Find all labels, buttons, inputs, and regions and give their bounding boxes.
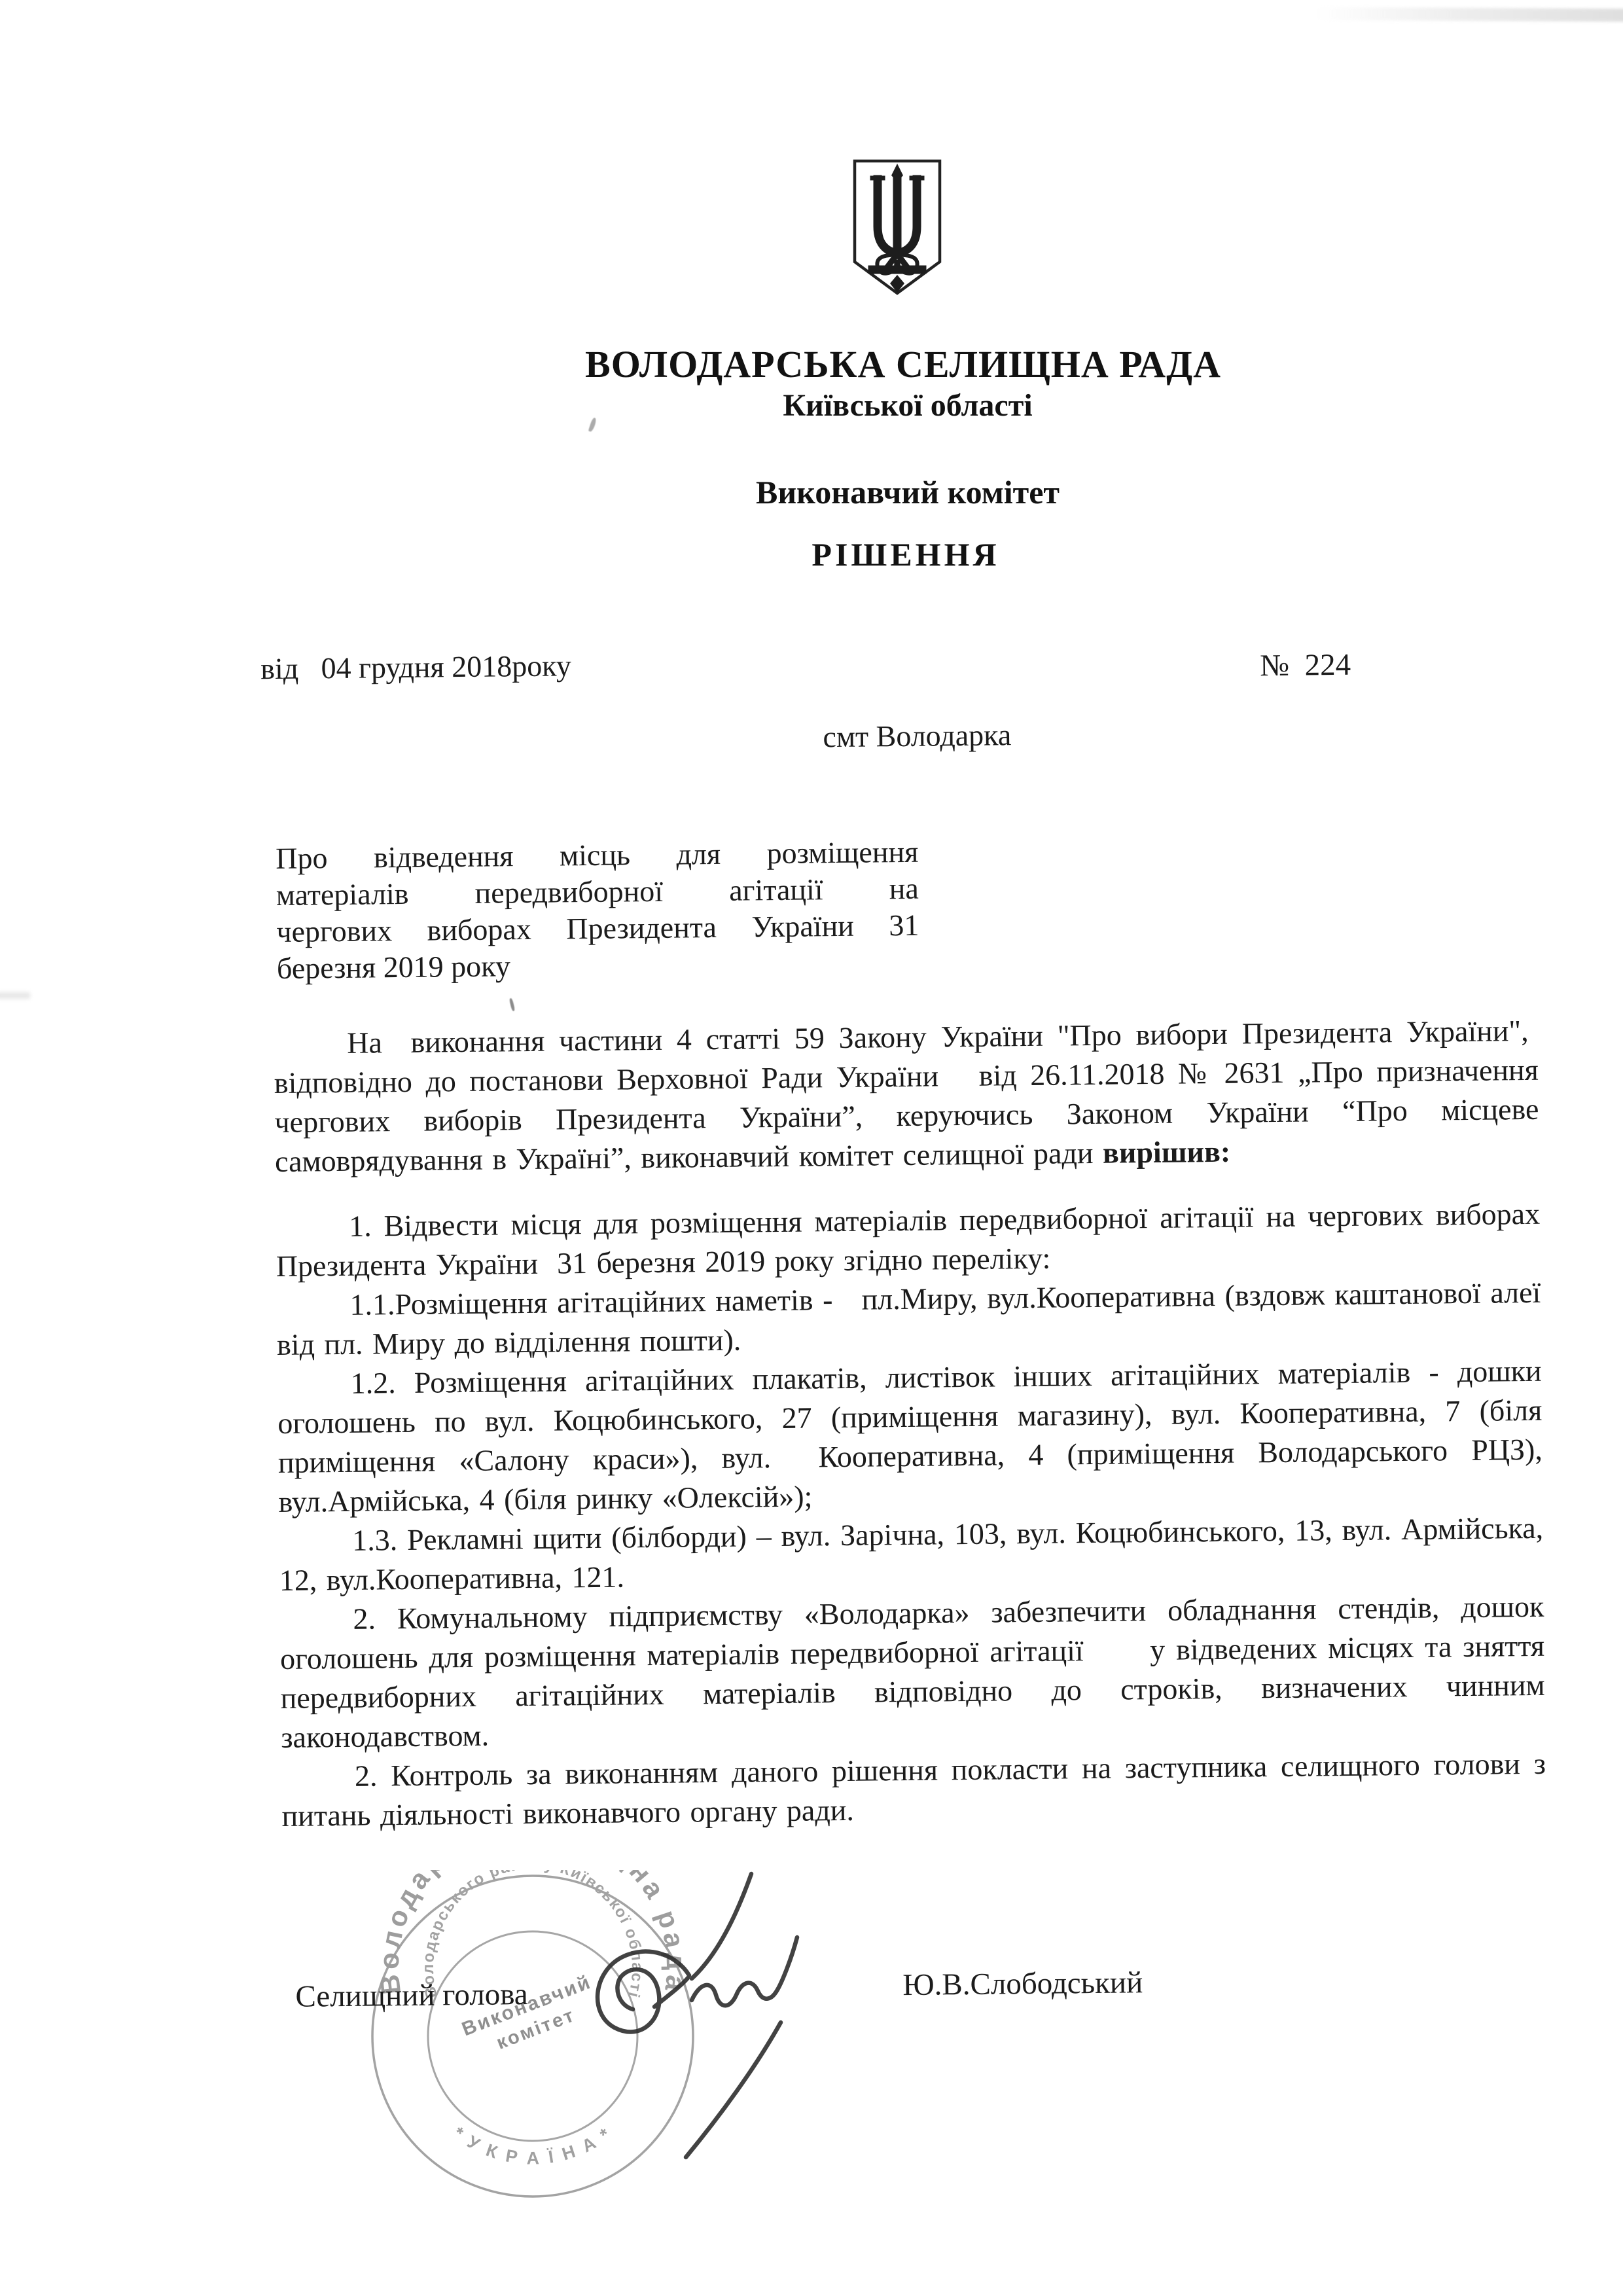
decree-intro-resolved: вирішив: (1103, 1135, 1231, 1170)
subject-line: матеріалів передвиборної агітації на (276, 870, 919, 914)
doc-number: № 224 (1260, 647, 1351, 683)
handwritten-signature-icon (520, 1857, 815, 2172)
subject-line: березня 2019 року (277, 944, 920, 987)
signature-title: Селищний голова (295, 1977, 528, 2015)
decision-body: На виконання частини 4 статті 59 Закону … (274, 1011, 1546, 1836)
doc-place: смт Володарка (105, 710, 1623, 762)
item-1-2: 1.2. Розміщення агітаційних плакатів, ли… (277, 1352, 1543, 1522)
item-1-1: 1.1.Розміщення агітаційних наметів - пл.… (276, 1273, 1541, 1365)
subject-paragraph: Про відведення місць для розміщення мате… (276, 834, 919, 987)
item-1-3: 1.3. Рекламні щити (білборди) – вул. Зар… (279, 1509, 1544, 1600)
item-2-control: 2. Контроль за виконанням даного рішення… (281, 1744, 1546, 1836)
decree-intro: На виконання частини 4 статті 59 Закону … (274, 1011, 1539, 1181)
subject-line: Про відведення місць для розміщення (276, 834, 919, 877)
doc-date: від 04 грудня 2018року (260, 648, 571, 686)
item-1: 1. Відвести місця для розміщення матеріа… (276, 1194, 1541, 1286)
decree-intro-text: На виконання частини 4 статті 59 Закону … (274, 1014, 1539, 1178)
item-2-equipment: 2. Комунальному підприємству «Володарка»… (279, 1587, 1545, 1757)
subject-line: чергових виборах Президента України 31 (276, 907, 919, 950)
document-page: ВОЛОДАРСЬКА СЕЛИЩНА РАДА Київської облас… (0, 0, 1623, 2296)
signature-name: Ю.В.Слободський (902, 1965, 1143, 2003)
